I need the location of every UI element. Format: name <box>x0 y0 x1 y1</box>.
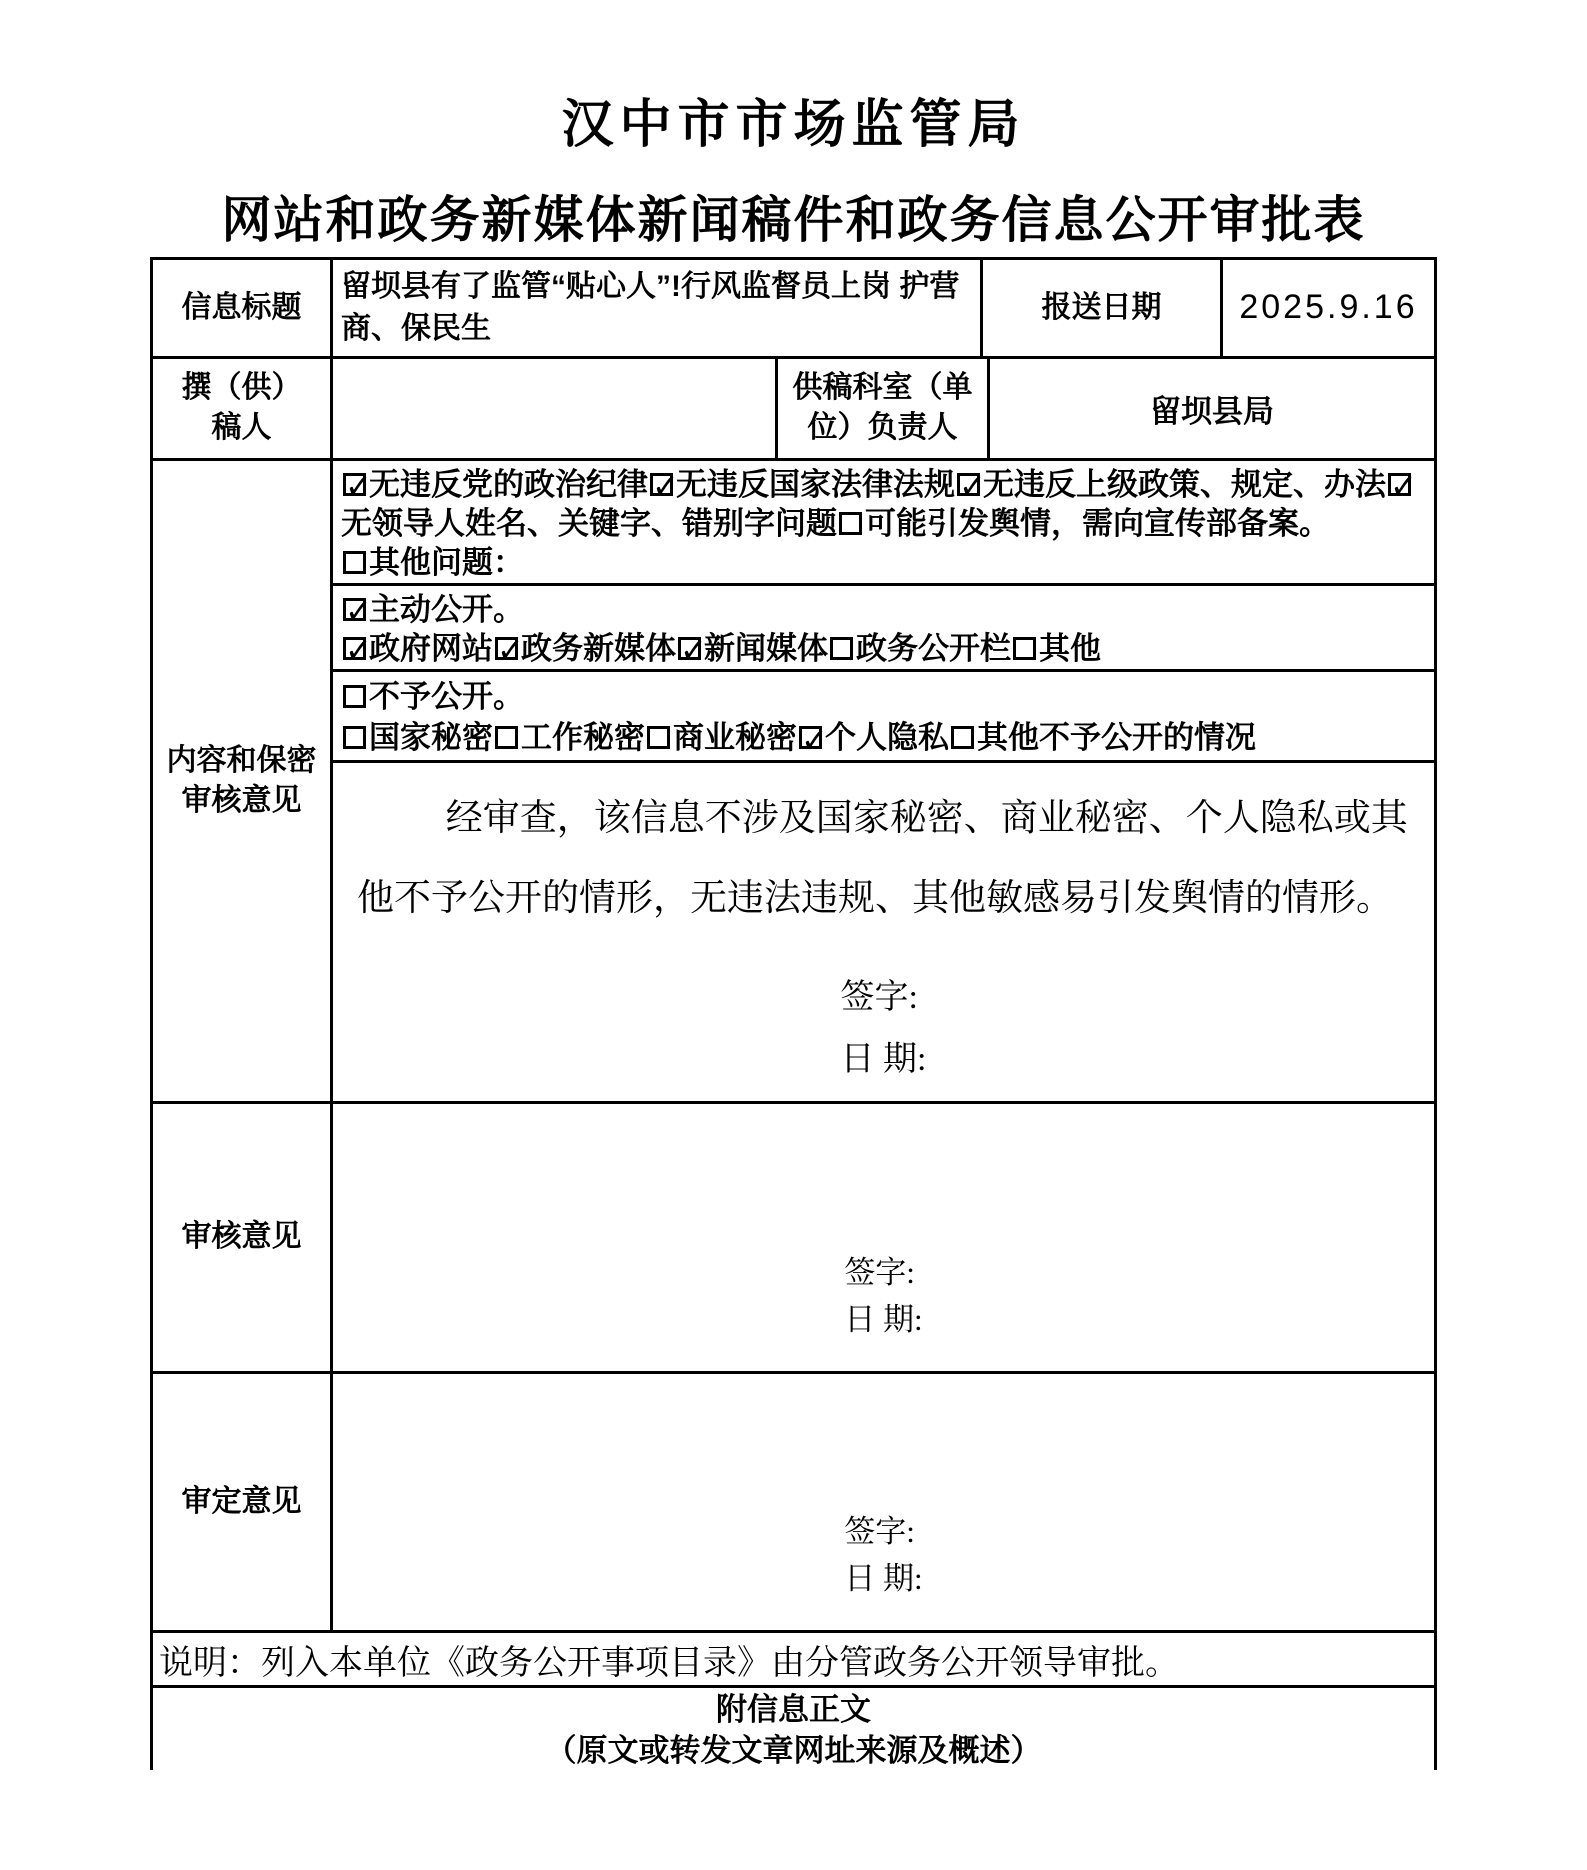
checkbox-option-label: 政务公开栏 <box>856 631 1011 666</box>
checkbox-option-label: 政府网站 <box>369 631 493 666</box>
checkbox-unchecked-icon <box>343 551 366 574</box>
info-title-row: 信息标题 留坝县有了监管“贴心人”!行风监督员上岗 护营商、保民生 报送日期 2… <box>153 260 1434 359</box>
checkbox-checked-icon <box>1388 473 1411 496</box>
checkbox-option-label: 商业秘密 <box>673 720 797 755</box>
checkbox-unchecked-icon <box>495 726 518 749</box>
checkbox-option-label: 个人隐私 <box>825 720 949 755</box>
checkbox-unchecked-icon <box>343 685 366 708</box>
audit-opinion-cell: 签字: 日 期: <box>333 1104 1434 1370</box>
attachment-heading: 附信息正文 （原文或转发文章网址来源及概述） <box>153 1688 1434 1770</box>
checkbox-option-label: 政务新媒体 <box>521 631 676 666</box>
signature-label: 签字: <box>844 1508 922 1555</box>
compliance-checklist: 无违反党的政治纪律无违反国家法律法规无违反上级政策、规定、办法无领导人姓名、关键… <box>333 461 1434 586</box>
department-label: 供稿科室（单位）负责人 <box>778 359 990 458</box>
info-title-label: 信息标题 <box>153 260 333 356</box>
document-page: 汉中市市场监管局 网站和政务新媒体新闻稿件和政务信息公开审批表 信息标题 留坝县… <box>0 0 1587 1870</box>
checkbox-unchecked-icon <box>343 726 366 749</box>
note-row: 说明：列入本单位《政务公开事项目录》由分管政务公开领导审批。 <box>153 1633 1434 1688</box>
info-title-value: 留坝县有了监管“贴心人”!行风监督员上岗 护营商、保民生 <box>333 260 983 356</box>
checkbox-checked-icon <box>343 598 366 621</box>
content-review-section: 内容和保密审核意见 无违反党的政治纪律无违反国家法律法规无违反上级政策、规定、办… <box>153 461 1434 1105</box>
review-sign-block: 签字: 日 期: <box>333 967 1434 1091</box>
checkbox-option-label: 工作秘密 <box>521 720 645 755</box>
checkbox-unchecked-icon <box>830 637 853 660</box>
checkbox-option-label: 无领导人姓名、关键字、错别字问题 <box>341 506 837 541</box>
checkbox-checked-icon <box>957 473 980 496</box>
checkbox-option-label: 新闻媒体 <box>704 631 828 666</box>
author-row: 撰（供）稿人 供稿科室（单位）负责人 留坝县局 <box>153 359 1434 461</box>
attachment-subtitle: （原文或转发文章网址来源及概述） <box>153 1730 1434 1771</box>
final-approval-cell: 签字: 日 期: <box>333 1374 1434 1630</box>
note-text: 说明：列入本单位《政务公开事项目录》由分管政务公开领导审批。 <box>153 1633 1434 1685</box>
checkbox-option-label: 不予公开。 <box>369 679 524 714</box>
checkbox-option-label: 可能引发舆情，需向宣传部备案。 <box>865 506 1330 541</box>
checkbox-checked-icon <box>495 637 518 660</box>
checkbox-checked-icon <box>343 637 366 660</box>
content-review-body: 无违反党的政治纪律无违反国家法律法规无违反上级政策、规定、办法无领导人姓名、关键… <box>333 461 1434 1102</box>
checkbox-unchecked-icon <box>951 726 974 749</box>
attachment-row: 附信息正文 （原文或转发文章网址来源及概述） <box>153 1688 1434 1770</box>
final-approval-label: 审定意见 <box>153 1374 333 1630</box>
audit-opinion-label: 审核意见 <box>153 1104 333 1370</box>
date-label: 日 期: <box>841 1029 927 1091</box>
submit-date-label: 报送日期 <box>983 260 1223 356</box>
checkbox-checked-icon <box>799 726 822 749</box>
page-title: 汉中市市场监管局 <box>0 82 1587 157</box>
content-review-label: 内容和保密审核意见 <box>153 461 333 1102</box>
review-conclusion-text: 经审查，该信息不涉及国家秘密、商业秘密、个人隐私或其他不予公开的情形，无违法违规… <box>333 763 1434 939</box>
checkbox-unchecked-icon <box>1013 637 1036 660</box>
checkbox-option-label: 主动公开。 <box>369 592 524 627</box>
checkbox-checked-icon <box>678 637 701 660</box>
author-label: 撰（供）稿人 <box>153 359 333 458</box>
audit-sign-block: 签字: 日 期: <box>333 1249 1434 1343</box>
approval-form-table: 信息标题 留坝县有了监管“贴心人”!行风监督员上岗 护营商、保民生 报送日期 2… <box>150 257 1437 1770</box>
signature-label: 签字: <box>841 967 927 1029</box>
checkbox-checked-icon <box>343 473 366 496</box>
attachment-title: 附信息正文 <box>153 1689 1434 1730</box>
submit-date-value: 2025.9.16 <box>1223 260 1434 356</box>
date-label: 日 期: <box>844 1296 922 1343</box>
checkbox-option-label: 无违反上级政策、规定、办法 <box>983 467 1386 502</box>
checkbox-option-label: 其他问题： <box>369 545 524 580</box>
checkbox-checked-icon <box>650 473 673 496</box>
non-disclosure-checklist: 不予公开。国家秘密工作秘密商业秘密个人隐私其他不予公开的情况 <box>333 672 1434 763</box>
date-label: 日 期: <box>844 1555 922 1602</box>
review-conclusion-cell: 经审查，该信息不涉及国家秘密、商业秘密、个人隐私或其他不予公开的情形，无违法违规… <box>333 763 1434 1102</box>
checkbox-option-label: 其他 <box>1039 631 1101 666</box>
proactive-disclosure-checklist: 主动公开。政府网站政务新媒体新闻媒体政务公开栏其他 <box>333 586 1434 672</box>
audit-opinion-row: 审核意见 签字: 日 期: <box>153 1104 1434 1373</box>
checkbox-option-label: 国家秘密 <box>369 720 493 755</box>
page-subtitle: 网站和政务新媒体新闻稿件和政务信息公开审批表 <box>0 180 1587 252</box>
checkbox-option-label: 无违反党的政治纪律 <box>369 467 648 502</box>
checkbox-unchecked-icon <box>647 726 670 749</box>
checkbox-option-label: 无违反国家法律法规 <box>676 467 955 502</box>
department-value: 留坝县局 <box>990 359 1434 458</box>
signature-label: 签字: <box>844 1249 922 1296</box>
checkbox-option-label: 其他不予公开的情况 <box>977 720 1256 755</box>
checkbox-unchecked-icon <box>839 512 862 535</box>
final-sign-block: 签字: 日 期: <box>333 1508 1434 1602</box>
author-value <box>333 359 778 458</box>
final-approval-row: 审定意见 签字: 日 期: <box>153 1374 1434 1633</box>
